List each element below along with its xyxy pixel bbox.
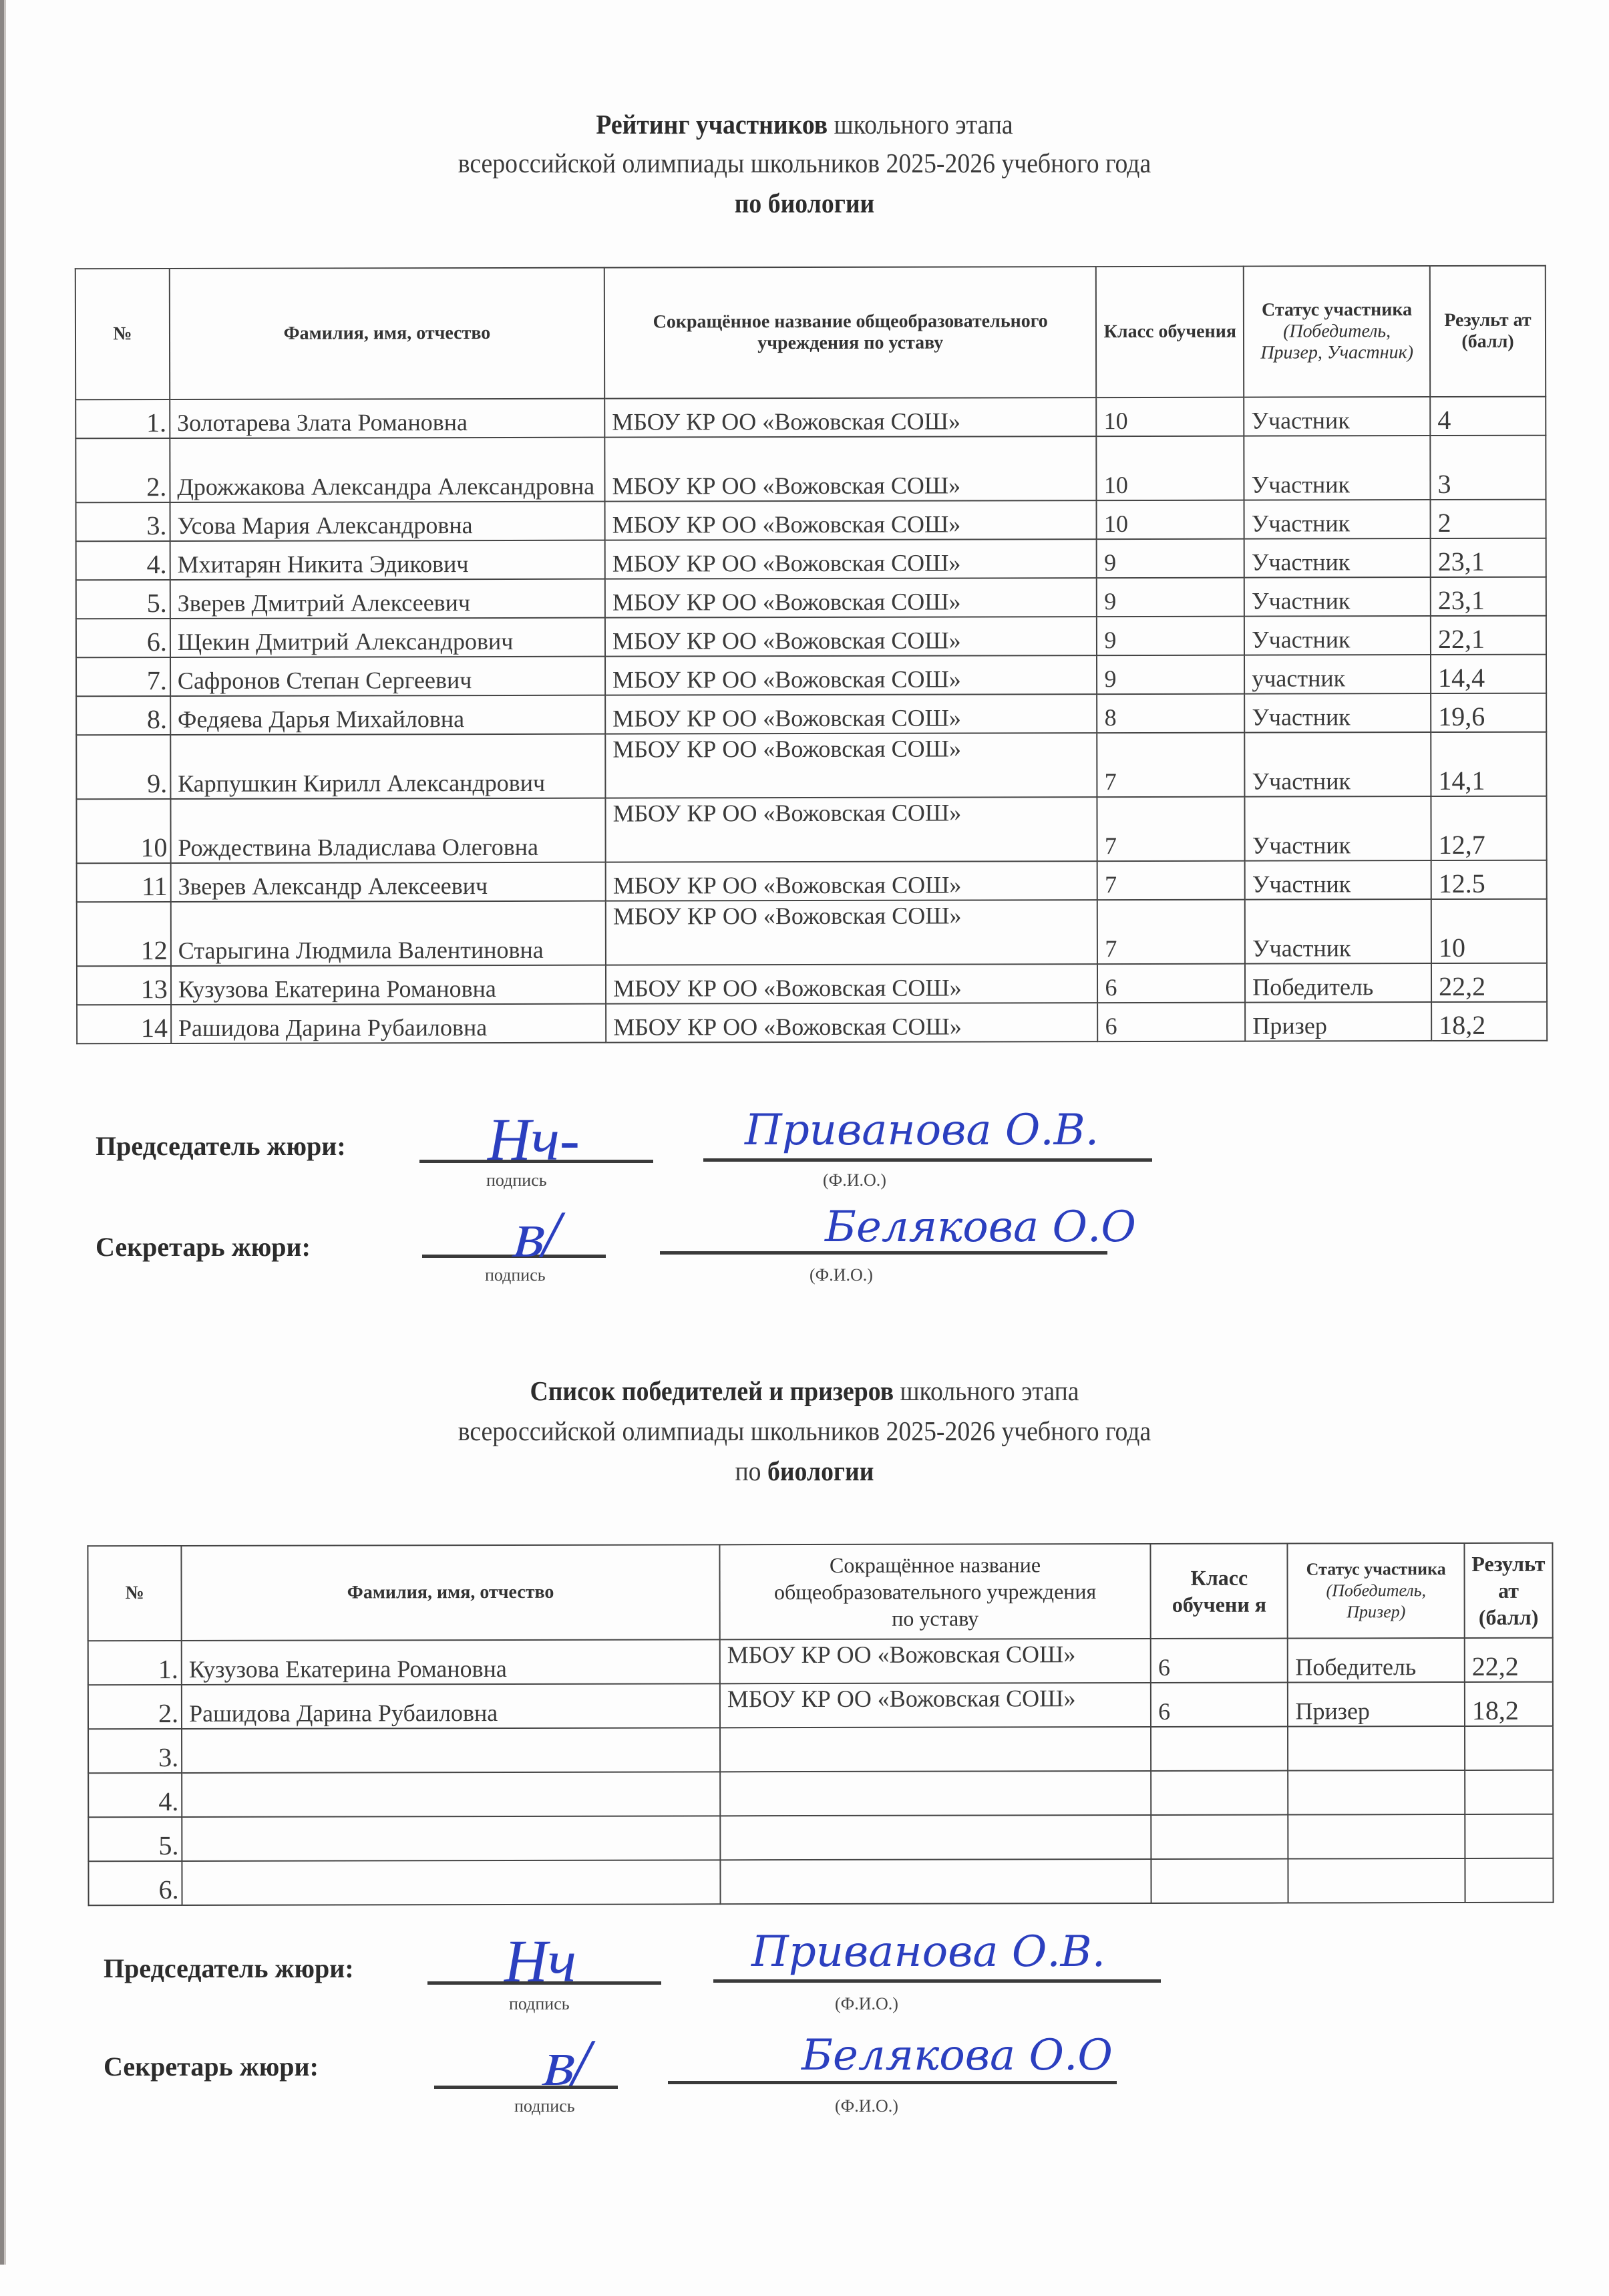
row-school — [720, 1815, 1151, 1860]
row-status: Участник — [1245, 796, 1431, 861]
row-school — [720, 1727, 1151, 1772]
row-number: 6. — [76, 619, 170, 657]
row-status — [1288, 1770, 1465, 1815]
winners-chair-fio-caption: (Ф.И.О.) — [835, 1994, 898, 2014]
table-row: 5.Зверев Дмитрий АлексеевичМБОУ КР ОО «В… — [76, 577, 1546, 619]
table-row: 13Кузузова Екатерина РомановнаМБОУ КР ОО… — [77, 963, 1547, 1005]
row-school: МБОУ КР ОО «Вожовская СОШ» — [605, 578, 1097, 618]
table-row: 10Рождествина Владислава ОлеговнаМБОУ КР… — [76, 796, 1546, 864]
table-row: 12Старыгина Людмила ВалентиновнаМБОУ КР … — [77, 899, 1547, 967]
winners-subject-prefix: по — [735, 1456, 767, 1486]
row-grade: 10 — [1097, 500, 1244, 539]
row-grade: 6 — [1151, 1683, 1288, 1727]
table-row: 11Зверев Александр АлексеевичМБОУ КР ОО … — [77, 860, 1547, 903]
winners-title-rest: школьного этапа — [894, 1375, 1079, 1406]
row-name: Старыгина Людмила Валентиновна — [171, 901, 606, 966]
row-result: 22,1 — [1431, 616, 1546, 655]
rating-secretary-handwritten-name: Белякова О.О — [825, 1202, 1136, 1252]
winners-title: Список победителей и призеров школьного … — [64, 1372, 1544, 1410]
table-row: 2.Дрожжакова Александра АлександровнаМБО… — [75, 436, 1546, 503]
row-school: МБОУ КР ОО «Вожовская СОШ» — [606, 1003, 1097, 1043]
col-status: Статус участника(Победитель, Призер, Уча… — [1244, 266, 1430, 397]
row-number: 12 — [77, 902, 171, 966]
row-status: Участник — [1245, 860, 1431, 900]
row-status: Участник — [1244, 577, 1431, 617]
row-number: 13 — [77, 966, 171, 1005]
row-number: 1. — [88, 1641, 182, 1685]
winners-chair-sign-caption: подпись — [509, 1994, 570, 2014]
row-grade: 10 — [1097, 436, 1244, 500]
rating-subtitle: всероссийской олимпиады школьников 2025-… — [64, 144, 1544, 182]
row-school: МБОУ КР ОО «Вожовская СОШ» — [606, 861, 1097, 901]
col-grade: Класс обучения — [1096, 267, 1244, 397]
row-result: 18,2 — [1431, 1002, 1547, 1041]
row-name: Зверев Дмитрий Алексеевич — [170, 579, 605, 619]
col-num: № — [75, 269, 170, 399]
row-name — [182, 1816, 720, 1861]
row-result — [1465, 1814, 1553, 1858]
row-number: 14 — [77, 1005, 171, 1043]
row-school: МБОУ КР ОО «Вожовская СОШ» — [605, 655, 1097, 695]
row-status: Участник — [1244, 436, 1431, 500]
row-status: Участник — [1244, 397, 1430, 436]
table-row: 1.Кузузова Екатерина РомановнаМБОУ КР ОО… — [88, 1638, 1553, 1685]
rating-subject-bold: по биологии — [735, 188, 875, 218]
rating-secretary-label: Секретарь жюри: — [96, 1231, 311, 1263]
col-school: Сокращённое название общеобразовательног… — [604, 267, 1097, 399]
row-status — [1288, 1858, 1465, 1903]
table-row: 7.Сафронов Степан СергеевичМБОУ КР ОО «В… — [76, 655, 1546, 697]
table-row: 8.Федяева Дарья МихайловнаМБОУ КР ОО «Во… — [76, 693, 1546, 735]
row-result: 22,2 — [1465, 1638, 1553, 1682]
row-school: МБОУ КР ОО «Вожовская СОШ» — [605, 733, 1097, 798]
row-status: участник — [1244, 655, 1431, 694]
table-row: 9.Карпушкин Кирилл АлександровичМБОУ КР … — [76, 732, 1546, 800]
row-status: Участник — [1244, 616, 1431, 655]
row-status: Участник — [1244, 693, 1431, 733]
col-school: Сокращённое название общеобразовательног… — [719, 1544, 1151, 1639]
row-school: МБОУ КР ОО «Вожовская СОШ» — [604, 397, 1096, 438]
row-result — [1465, 1858, 1553, 1903]
row-number: 5. — [88, 1817, 182, 1861]
row-grade: 6 — [1097, 964, 1245, 1003]
rating-chair-label: Председатель жюри: — [96, 1130, 346, 1162]
row-school: МБОУ КР ОО «Вожовская СОШ» — [606, 900, 1097, 965]
row-result: 23,1 — [1431, 577, 1546, 616]
col-status-hint: (Победитель, Призер, Участник) — [1260, 321, 1413, 363]
row-number: 9. — [76, 735, 170, 799]
winners-chair-label: Председатель жюри: — [104, 1953, 354, 1984]
row-status: Победитель — [1245, 963, 1431, 1003]
row-grade: 7 — [1097, 797, 1245, 861]
table-row: 14Рашидова Дарина РубаиловнаМБОУ КР ОО «… — [77, 1002, 1547, 1044]
rating-subject: по биологии — [64, 184, 1544, 222]
row-grade: 6 — [1151, 1639, 1288, 1683]
row-number: 1. — [75, 399, 170, 438]
row-school: МБОУ КР ОО «Вожовская СОШ» — [605, 694, 1097, 734]
winners-chair-handwritten-name: Приванова О.В. — [751, 1927, 1105, 1977]
scan-border-shade — [4, 0, 6, 2265]
row-number: 7. — [76, 657, 170, 696]
row-name: Золотарева Злата Романовна — [170, 399, 604, 438]
table-row: 6.Щекин Дмитрий АлександровичМБОУ КР ОО … — [76, 616, 1546, 658]
row-name: Щекин Дмитрий Александрович — [170, 618, 605, 657]
row-name — [182, 1728, 720, 1773]
row-name — [182, 1860, 721, 1905]
row-number: 4. — [76, 541, 170, 580]
row-result: 12,7 — [1431, 796, 1547, 860]
row-result — [1465, 1726, 1553, 1770]
row-grade — [1151, 1815, 1288, 1859]
table-row: 6. — [88, 1858, 1553, 1906]
row-school — [720, 1771, 1151, 1816]
row-result: 12.5 — [1431, 860, 1547, 899]
row-result: 22,2 — [1431, 963, 1547, 1002]
row-result: 4 — [1430, 397, 1546, 436]
row-school: МБОУ КР ОО «Вожовская СОШ» — [720, 1639, 1151, 1683]
rating-chair-handwritten-name: Приванова О.В. — [745, 1106, 1099, 1155]
col-result: Результ ат (балл) — [1430, 266, 1546, 397]
col-status-label: Статус участника — [1306, 1559, 1446, 1579]
row-school: МБОУ КР ОО «Вожовская СОШ» — [604, 436, 1096, 502]
col-name: Фамилия, имя, отчество — [182, 1544, 720, 1641]
col-status: Статус участника(Победитель, Призер) — [1288, 1543, 1465, 1639]
row-name: Карпушкин Кирилл Александрович — [170, 734, 605, 799]
table-row: 4.Мхитарян Никита ЭдиковичМБОУ КР ОО «Во… — [76, 538, 1546, 581]
row-number: 3. — [76, 502, 170, 541]
winners-table-header: № Фамилия, имя, отчество Сокращённое наз… — [87, 1543, 1552, 1641]
row-school: МБОУ КР ОО «Вожовская СОШ» — [605, 617, 1097, 657]
row-grade: 6 — [1097, 1003, 1245, 1041]
table-row: 4. — [88, 1770, 1553, 1818]
winners-subtitle: всероссийской олимпиады школьников 2025-… — [64, 1412, 1544, 1450]
row-status — [1288, 1726, 1465, 1771]
row-grade: 9 — [1097, 617, 1244, 655]
winners-secretary-handwritten-name: Белякова О.О — [801, 2031, 1113, 2080]
row-status: Призер — [1288, 1682, 1465, 1727]
row-grade: 7 — [1097, 733, 1245, 797]
row-status: Победитель — [1288, 1638, 1465, 1683]
col-status-hint: (Победитель, Призер) — [1326, 1581, 1426, 1621]
row-number: 2. — [88, 1685, 182, 1729]
row-school — [720, 1859, 1151, 1904]
row-number: 3. — [88, 1729, 182, 1773]
winners-secretary-name-line — [668, 2081, 1117, 2084]
row-number: 5. — [76, 580, 170, 619]
winners-secretary-signature-mark: ᏼ/ — [541, 2024, 590, 2102]
row-result: 19,6 — [1431, 693, 1546, 732]
rating-chair-signature-mark: Нч- — [488, 1106, 580, 1174]
rating-chair-fio-caption: (Ф.И.О.) — [823, 1170, 886, 1190]
row-name: Рашидова Дарина Рубаиловна — [182, 1683, 720, 1729]
row-result: 10 — [1431, 899, 1547, 963]
row-number: 8. — [76, 696, 170, 735]
table-row: 3.Усова Мария АлександровнаМБОУ КР ОО «В… — [76, 500, 1546, 542]
row-result: 23,1 — [1431, 538, 1546, 577]
row-name: Кузузова Екатерина Романовна — [182, 1639, 720, 1685]
row-status: Участник — [1244, 500, 1431, 539]
row-name: Кузузова Екатерина Романовна — [171, 965, 606, 1005]
row-number: 6. — [88, 1861, 182, 1905]
rating-table-header: № Фамилия, имя, отчество Сокращённое наз… — [75, 266, 1546, 400]
rating-secretary-fio-caption: (Ф.И.О.) — [810, 1265, 873, 1285]
col-name: Фамилия, имя, отчество — [170, 268, 605, 399]
row-status: Призер — [1245, 1002, 1431, 1041]
rating-chair-name-line — [703, 1158, 1152, 1162]
rating-title: Рейтинг участников школьного этапа — [64, 106, 1544, 143]
row-grade — [1151, 1771, 1288, 1815]
row-grade: 7 — [1097, 900, 1245, 964]
row-school: МБОУ КР ОО «Вожовская СОШ» — [720, 1683, 1151, 1728]
row-grade: 10 — [1097, 397, 1244, 436]
row-result: 2 — [1431, 500, 1546, 538]
row-grade: 8 — [1097, 694, 1244, 733]
row-number: 4. — [88, 1773, 182, 1817]
winners-chair-signature-mark: Нч — [504, 1927, 576, 1996]
row-name: Рашидова Дарина Рубаиловна — [171, 1004, 606, 1043]
winners-subject-bold: биологии — [767, 1456, 874, 1486]
row-result: 14,4 — [1431, 655, 1546, 693]
table-row: 2.Рашидова Дарина РубаиловнаМБОУ КР ОО «… — [88, 1682, 1553, 1730]
row-name: Усова Мария Александровна — [170, 502, 604, 541]
rating-table: № Фамилия, имя, отчество Сокращённое наз… — [75, 265, 1548, 1045]
col-num: № — [87, 1546, 181, 1641]
row-number: 10 — [76, 799, 170, 863]
row-status: Участник — [1244, 538, 1431, 578]
winners-title-bold: Список победителей и призеров — [530, 1375, 894, 1406]
row-name — [182, 1772, 720, 1817]
winners-chair-name-line — [713, 1979, 1161, 1983]
row-school: МБОУ КР ОО «Вожовская СОШ» — [606, 964, 1097, 1004]
row-status: Участник — [1245, 899, 1431, 964]
row-result: 14,1 — [1431, 732, 1546, 796]
row-number: 11 — [77, 863, 171, 902]
row-result: 3 — [1430, 436, 1546, 500]
row-school: МБОУ КР ОО «Вожовская СОШ» — [605, 539, 1097, 579]
row-name: Рождествина Владислава Олеговна — [170, 798, 605, 863]
row-status — [1288, 1814, 1465, 1859]
row-grade — [1151, 1727, 1288, 1771]
row-grade: 9 — [1097, 539, 1244, 578]
rating-title-rest: школьного этапа — [828, 109, 1013, 140]
col-result: Результ ат (балл) — [1464, 1543, 1552, 1638]
row-school: МБОУ КР ОО «Вожовская СОШ» — [606, 797, 1097, 862]
row-name: Зверев Александр Алексеевич — [170, 862, 605, 902]
row-name: Федяева Дарья Михайловна — [170, 695, 605, 735]
row-name: Мхитарян Никита Эдикович — [170, 540, 604, 580]
row-number: 2. — [75, 438, 170, 502]
row-grade: 9 — [1097, 655, 1244, 694]
row-grade: 9 — [1097, 578, 1244, 617]
winners-subject: по биологии — [64, 1452, 1544, 1490]
col-status-label: Статус участника — [1262, 299, 1412, 320]
row-name: Сафронов Степан Сергеевич — [170, 657, 605, 696]
winners-table: № Фамилия, имя, отчество Сокращённое наз… — [87, 1542, 1554, 1907]
rating-title-bold: Рейтинг участников — [596, 109, 828, 140]
row-result: 18,2 — [1465, 1682, 1553, 1726]
winners-secretary-label: Секретарь жюри: — [104, 2051, 319, 2082]
row-grade — [1151, 1859, 1288, 1903]
winners-secretary-fio-caption: (Ф.И.О.) — [835, 2096, 898, 2116]
table-row: 3. — [88, 1726, 1553, 1774]
row-status: Участник — [1244, 732, 1431, 797]
row-name: Дрожжакова Александра Александровна — [170, 438, 604, 502]
row-result — [1465, 1770, 1553, 1814]
table-row: 5. — [88, 1814, 1553, 1862]
table-row: 1.Золотарева Злата РомановнаМБОУ КР ОО «… — [75, 397, 1546, 439]
row-school: МБОУ КР ОО «Вожовская СОШ» — [605, 500, 1097, 540]
row-grade: 7 — [1097, 861, 1245, 900]
col-grade: Класс обучени я — [1151, 1544, 1288, 1639]
rating-secretary-signature-mark: ᏼ/ — [511, 1196, 560, 1273]
